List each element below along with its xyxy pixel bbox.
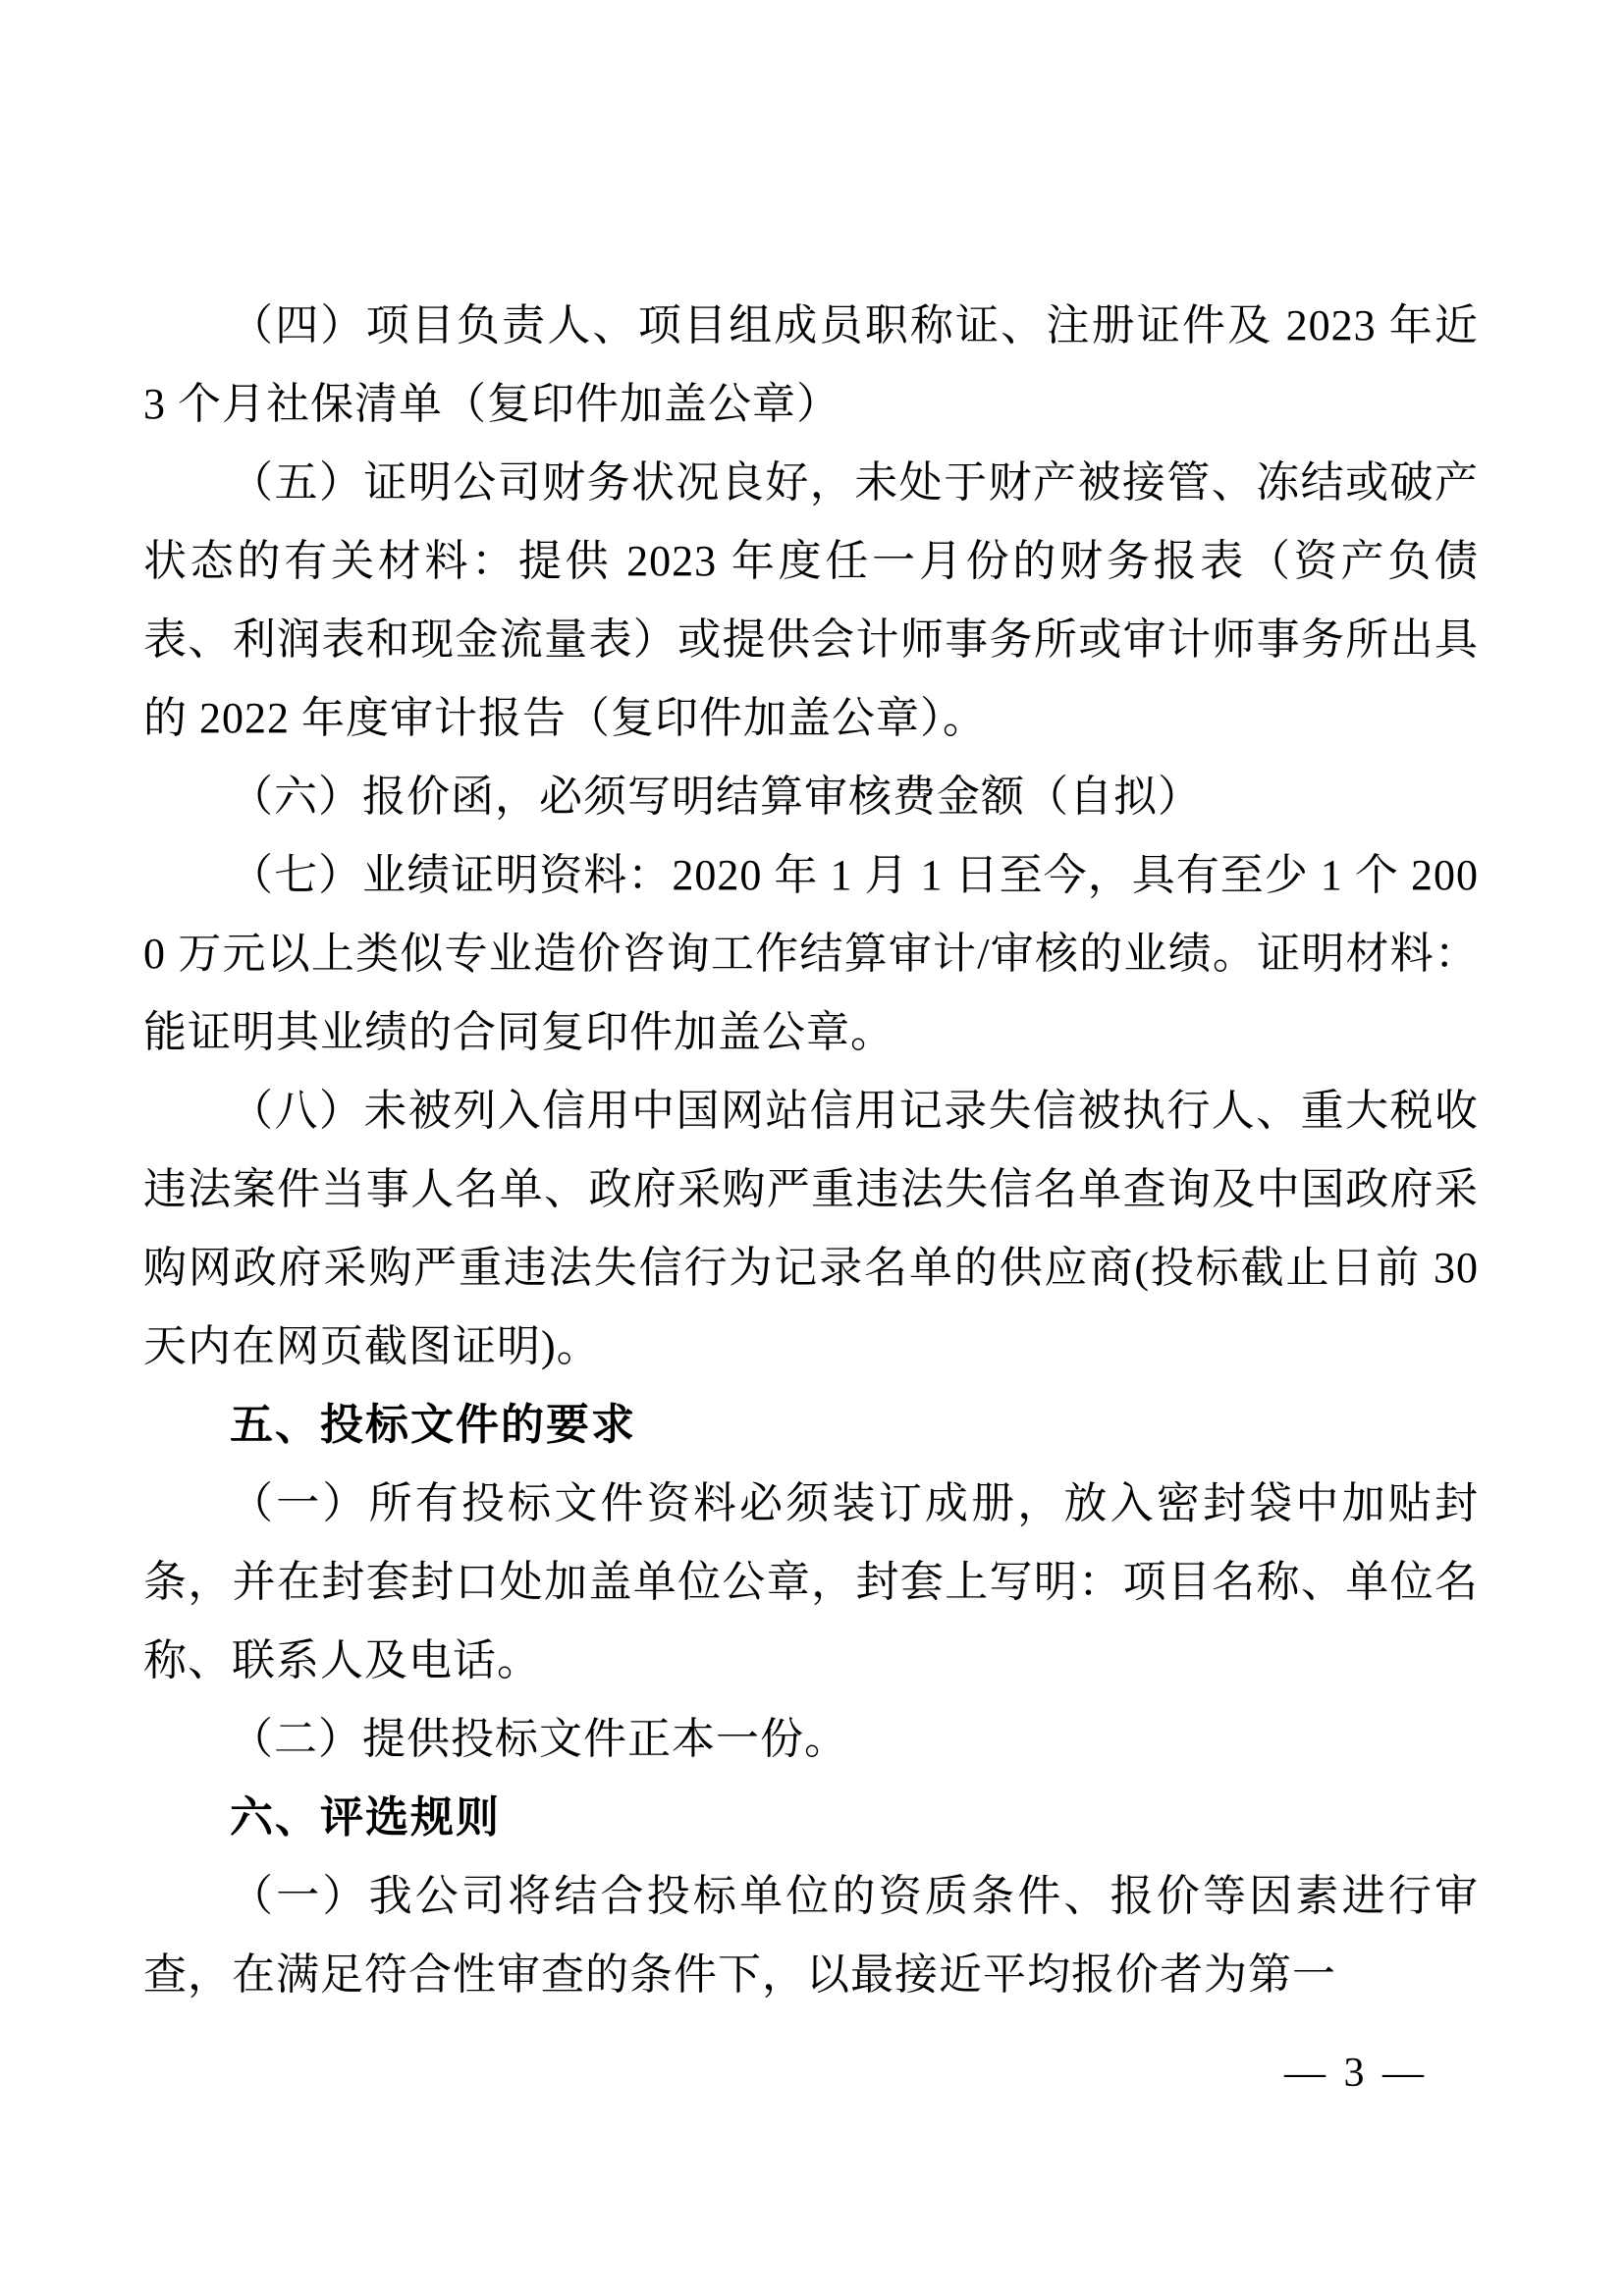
- paragraph-item-5-2: （二）提供投标文件正本一份。: [143, 1700, 1479, 1779]
- paragraph-item-6-1: （一）我公司将结合投标单位的资质条件、报价等因素进行审查，在满足符合性审查的条件…: [143, 1857, 1479, 2014]
- document-page: （四）项目负责人、项目组成员职称证、注册证件及 2023 年近 3 个月社保清单…: [0, 0, 1624, 2296]
- paragraph-section-6: 六、评选规则: [143, 1779, 1479, 1857]
- paragraph-section-5: 五、投标文件的要求: [143, 1386, 1479, 1465]
- page-number: — 3 —: [1284, 2044, 1428, 2103]
- paragraph-item-6: （六）报价函，必须写明结算审核费金额（自拟）: [143, 758, 1479, 836]
- document-body: （四）项目负责人、项目组成员职称证、注册证件及 2023 年近 3 个月社保清单…: [143, 287, 1479, 2014]
- paragraph-item-4: （四）项目负责人、项目组成员职称证、注册证件及 2023 年近 3 个月社保清单…: [143, 287, 1479, 444]
- paragraph-item-7: （七）业绩证明资料：2020 年 1 月 1 日至今，具有至少 1 个 2000…: [143, 836, 1479, 1072]
- paragraph-item-5-1: （一）所有投标文件资料必须装订成册，放入密封袋中加贴封条，并在封套封口处加盖单位…: [143, 1465, 1479, 1700]
- paragraph-item-5: （五）证明公司财务状况良好，未处于财产被接管、冻结或破产状态的有关材料：提供 2…: [143, 444, 1479, 758]
- paragraph-item-8: （八）未被列入信用中国网站信用记录失信被执行人、重大税收违法案件当事人名单、政府…: [143, 1072, 1479, 1386]
